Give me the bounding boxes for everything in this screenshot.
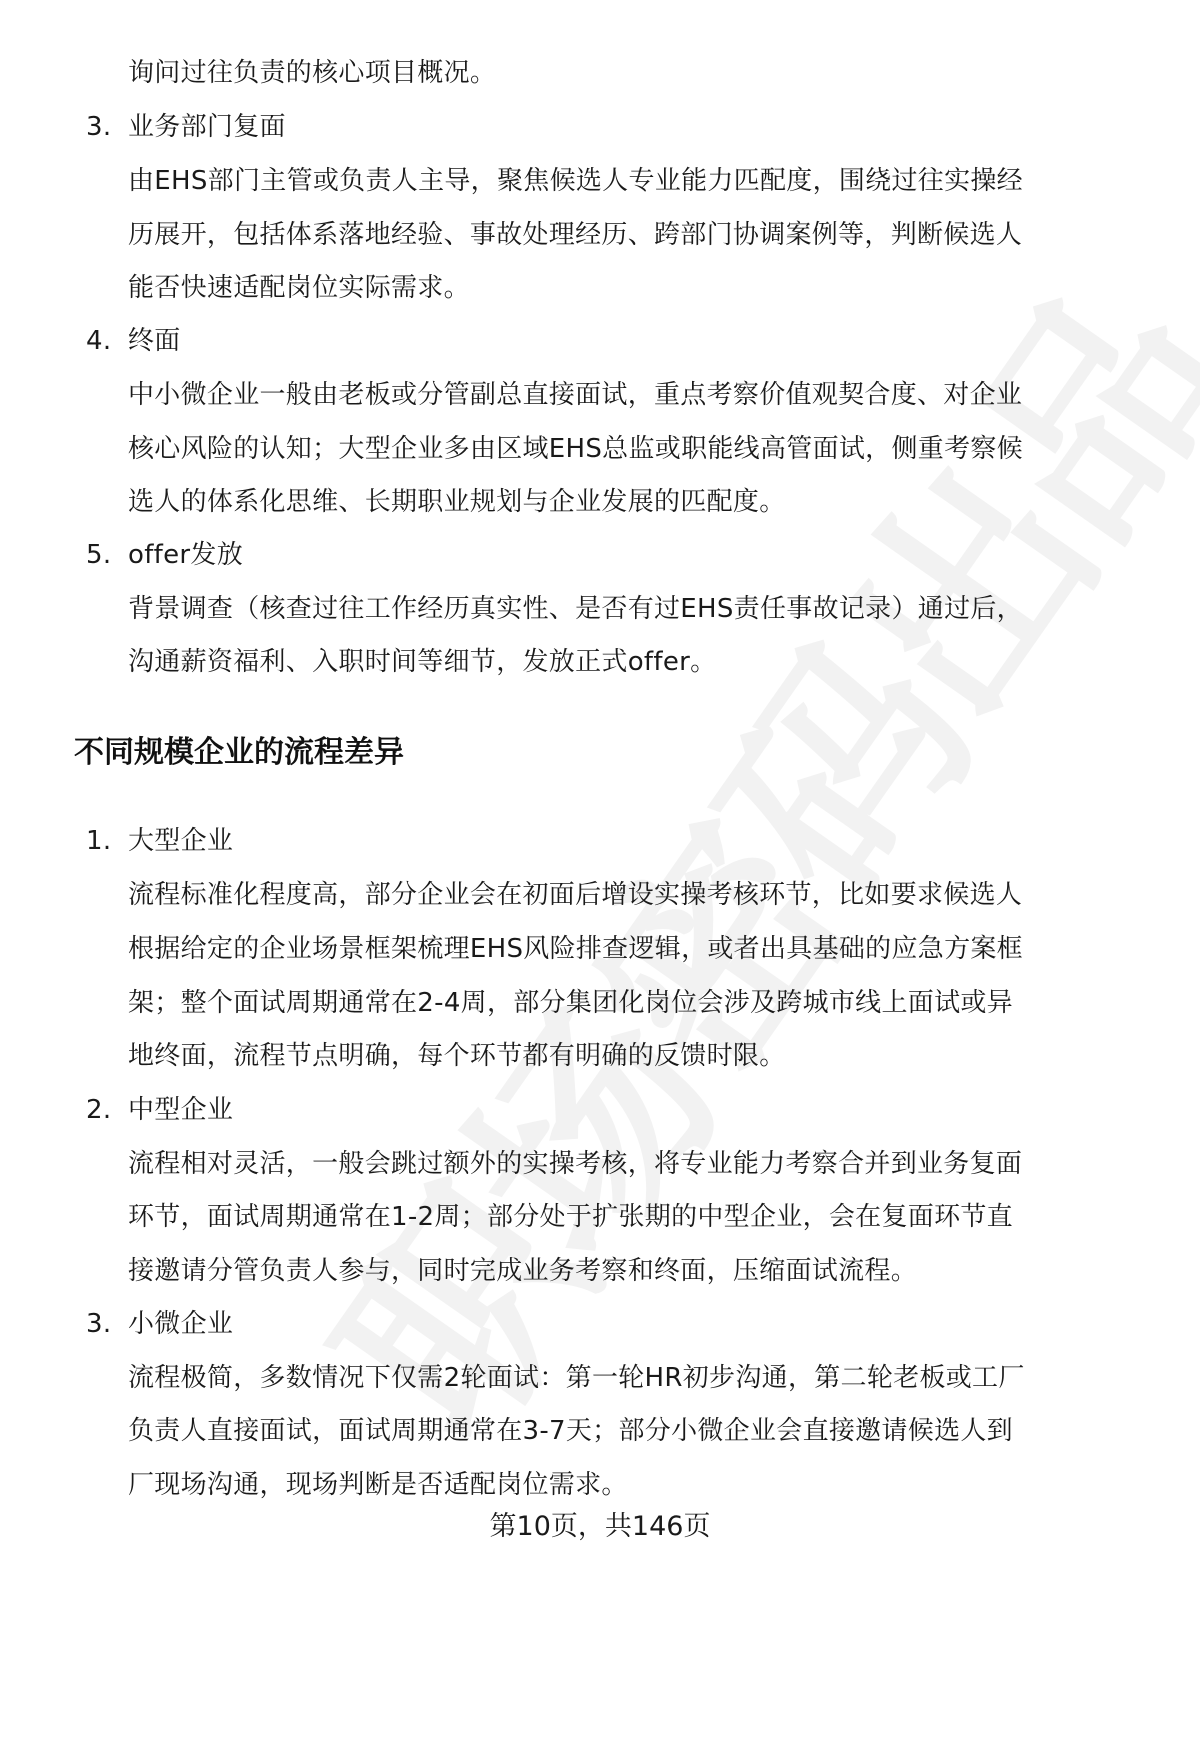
- step-3-line-1: 由EHS部门主管或负责人主导，聚焦候选人专业能力匹配度，围绕过往实操经: [128, 164, 1023, 198]
- scale-3-line-1: 流程极简，多数情况下仅需2轮面试：第一轮HR初步沟通，第二轮老板或工厂: [128, 1361, 1025, 1395]
- scale-1-line-3: 架；整个面试周期通常在2-4周，部分集团化岗位会涉及跨城市线上面试或异: [128, 986, 1013, 1020]
- step-5-line-1: 背景调查（核查过往工作经历真实性、是否有过EHS责任事故记录）通过后，: [128, 592, 1023, 626]
- step-5-title: 5.offer发放: [86, 538, 243, 572]
- section-heading: 不同规模企业的流程差异: [74, 733, 404, 773]
- scale-title-text: 大型企业: [128, 826, 233, 856]
- step-3-line-3: 能否快速适配岗位实际需求。: [128, 271, 470, 305]
- scale-1-line-2: 根据给定的企业场景框架梳理EHS风险排查逻辑，或者出具基础的应急方案框: [128, 932, 1023, 966]
- list-number: 1.: [86, 824, 128, 858]
- step-title-text: offer发放: [128, 540, 243, 570]
- scale-1-title: 1.大型企业: [86, 824, 233, 858]
- step-title-text: 业务部门复面: [128, 112, 286, 142]
- scale-1-line-4: 地终面，流程节点明确，每个环节都有明确的反馈时限。: [128, 1039, 786, 1073]
- scale-3-title: 3.小微企业: [86, 1307, 233, 1341]
- step-4-title: 4.终面: [86, 324, 181, 358]
- scale-title-text: 中型企业: [128, 1095, 233, 1125]
- step-4-line-1: 中小微企业一般由老板或分管副总直接面试，重点考察价值观契合度、对企业: [128, 378, 1022, 412]
- scale-2-title: 2.中型企业: [86, 1093, 233, 1127]
- document-page: 职场密码出品 询问过往负责的核心项目概况。 3.业务部门复面 由EHS部门主管或…: [0, 0, 1200, 1755]
- list-number: 3.: [86, 1307, 128, 1341]
- page-footer: 第10页，共146页: [0, 1510, 1200, 1544]
- scale-title-text: 小微企业: [128, 1309, 233, 1339]
- step-4-line-2: 核心风险的认知；大型企业多由区域EHS总监或职能线高管面试，侧重考察候: [128, 432, 1023, 466]
- scale-2-line-2: 环节，面试周期通常在1-2周；部分处于扩张期的中型企业，会在复面环节直: [128, 1200, 1013, 1234]
- scale-3-line-3: 厂现场沟通，现场判断是否适配岗位需求。: [128, 1468, 628, 1502]
- step-5-line-2: 沟通薪资福利、入职时间等细节，发放正式offer。: [128, 645, 716, 679]
- scale-3-line-2: 负责人直接面试，面试周期通常在3-7天；部分小微企业会直接邀请候选人到: [128, 1414, 1013, 1448]
- list-number: 2.: [86, 1093, 128, 1127]
- scale-2-line-1: 流程相对灵活，一般会跳过额外的实操考核，将专业能力考察合并到业务复面: [128, 1147, 1022, 1181]
- intro-continuation: 询问过往负责的核心项目概况。: [128, 56, 496, 90]
- step-3-line-2: 历展开，包括体系落地经验、事故处理经历、跨部门协调案例等，判断候选人: [128, 218, 1022, 252]
- list-number: 3.: [86, 110, 128, 144]
- list-number: 5.: [86, 538, 128, 572]
- scale-2-line-3: 接邀请分管负责人参与，同时完成业务考察和终面，压缩面试流程。: [128, 1254, 917, 1288]
- list-number: 4.: [86, 324, 128, 358]
- scale-1-line-1: 流程标准化程度高，部分企业会在初面后增设实操考核环节，比如要求候选人: [128, 878, 1022, 912]
- step-4-line-3: 选人的体系化思维、长期职业规划与企业发展的匹配度。: [128, 485, 786, 519]
- step-title-text: 终面: [128, 326, 181, 356]
- step-3-title: 3.业务部门复面: [86, 110, 286, 144]
